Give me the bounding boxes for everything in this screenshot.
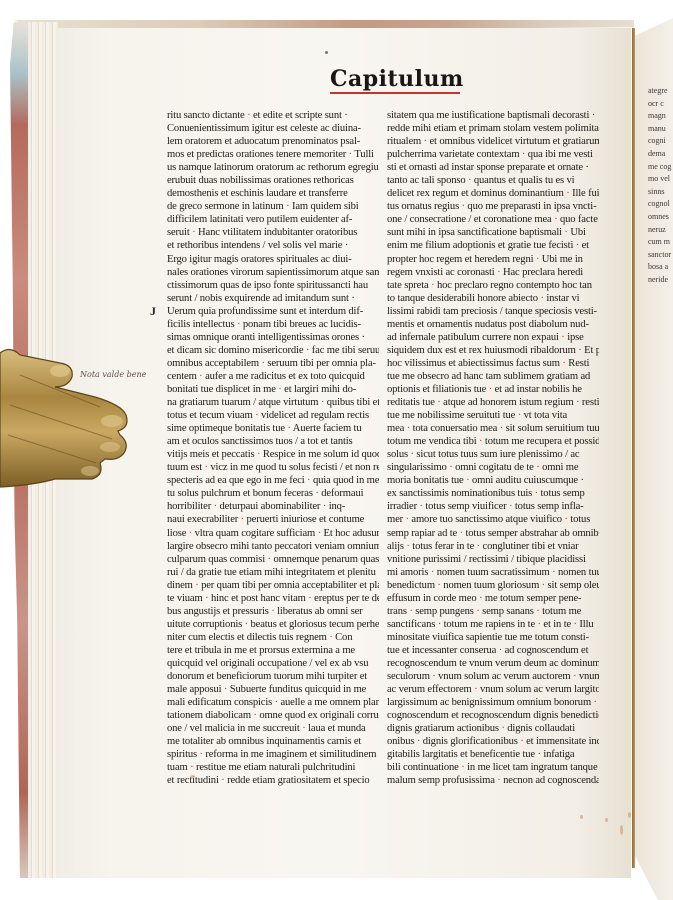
text-line: seculorum · vnum solum ac verum auctorem… xyxy=(387,670,599,683)
text-line: bonitati tue displicet in me · et largir… xyxy=(167,383,379,396)
text-line: totus et tecum viuam · videlicet ad regu… xyxy=(167,409,379,422)
verso-line: cum m xyxy=(648,236,673,249)
text-line: vnitione purissimi / rectissimi / tibiqu… xyxy=(387,553,599,566)
verso-line: dema xyxy=(648,148,673,161)
text-line: ac verum effectorem · vnum solum ac veru… xyxy=(387,683,599,696)
margin-letter: J xyxy=(150,304,156,319)
text-line: us namque latinorum oratorum ac rethorum… xyxy=(167,161,379,174)
text-line: solus · sicut totus tuus sum iure plenis… xyxy=(387,448,599,461)
text-line: sunt mihi in ipsa sanctificatione baptis… xyxy=(387,226,599,239)
text-line: tuum est · vicz in me quod tu solus feci… xyxy=(167,461,379,474)
verso-line: me cog xyxy=(648,161,673,174)
text-line: malum semp profusissima · necnon ad cogn… xyxy=(387,774,599,787)
foxing-stain xyxy=(190,775,195,778)
text-line: delicet rex regum et dominus dominantium… xyxy=(387,187,599,200)
text-line: redde mihi etiam et primam stolam vestem… xyxy=(387,122,599,135)
text-column-left: ritu sancto dictante · et edite et scrip… xyxy=(167,109,379,787)
text-line: Ergo igitur magis oratores spirituales a… xyxy=(167,253,379,266)
text-line: mali edificatum conspicis · auelle a me … xyxy=(167,696,379,709)
text-line: dignis gratiarum actionibus · dignis col… xyxy=(387,722,599,735)
text-line: mi amoris · nomen tuum sacratissimum · n… xyxy=(387,566,599,579)
foxing-stain xyxy=(620,825,623,835)
text-line: ritu sancto dictante · et edite et scrip… xyxy=(167,109,379,122)
text-line: ad infernale patibulum currere non expau… xyxy=(387,331,599,344)
text-column-right: sitatem qua me iustificatione baptismali… xyxy=(387,109,599,787)
text-line: demosthenis et eschinis laudare et trans… xyxy=(167,187,379,200)
handwritten-marginal-note: Nota valde bene xyxy=(80,370,146,379)
verso-line: omnes xyxy=(648,211,673,224)
text-line: et rethoribus intendens / vel solis vel … xyxy=(167,239,379,252)
text-line: tus ornatus regius · quo me preparasti i… xyxy=(387,200,599,213)
text-line: sanctificans · totum me rapiens in te · … xyxy=(387,618,599,631)
text-line: liose · vltra quam cogitare sufficiam · … xyxy=(167,527,379,540)
text-line: Conuenientissimum igitur est celeste ac … xyxy=(167,122,379,135)
text-line: tuam · restitue me etiam naturali pulchr… xyxy=(167,761,379,774)
text-line: rui / da gratie tue etiam mihi integrita… xyxy=(167,566,379,579)
text-line: semp rapiar ad te · totus semper abstrah… xyxy=(387,527,599,540)
verso-line: manu xyxy=(648,123,673,136)
text-line: bili continuatione · in me licet tam ing… xyxy=(387,761,599,774)
text-line: mos et predictas orationes tenere memori… xyxy=(167,148,379,161)
text-line: nales orationes virorum sapientissimorum… xyxy=(167,266,379,279)
text-line: simas omnique oranti intelligentissimas … xyxy=(167,331,379,344)
text-line: recognoscendum te vnum verum deum ac dom… xyxy=(387,657,599,670)
verso-line: ategre xyxy=(648,85,673,98)
text-line: ritualem · et omnibus videlicet virtutum… xyxy=(387,135,599,148)
text-line: Uerum quia profundissime sunt et interdu… xyxy=(167,305,379,318)
text-line: tue me nobilissime seruituti tue · vt to… xyxy=(387,409,599,422)
verso-line: mo vel xyxy=(648,173,673,186)
text-line: tanto ac tali sponso · quantus et qualis… xyxy=(387,174,599,187)
text-line: gitabilis largitatis et beneficentie tue… xyxy=(387,748,599,761)
text-line: culparum quas commisi · omnemque penarum… xyxy=(167,553,379,566)
text-line: male apposui · Subuerte funditus quicqui… xyxy=(167,683,379,696)
text-line: tue me obsecro ad hanc tam sublimem grat… xyxy=(387,370,599,383)
text-line: bus angustijs et pressuris · liberatus a… xyxy=(167,605,379,618)
text-line: centem · aufer a me radicitus et ex toto… xyxy=(167,370,379,383)
verso-line: cognol xyxy=(648,198,673,211)
text-line: me totaliter ab omnibus inquinamentis ca… xyxy=(167,735,379,748)
text-line: et dicam sic domino misericordie · fac m… xyxy=(167,344,379,357)
text-line: de greco sermone in latinum · Iam quidem… xyxy=(167,200,379,213)
verso-line: neruz xyxy=(648,224,673,237)
text-line: to tanque desiderabili honore abiecto · … xyxy=(387,292,599,305)
text-line: ctissimorum quas de ipso fonte spirituss… xyxy=(167,279,379,292)
text-line: mentis et ornamentis nudatus post diabol… xyxy=(387,318,599,331)
text-line: tue et incessanter conserua · ad cognosc… xyxy=(387,644,599,657)
text-line: minositate viuifica sapientie tue me tot… xyxy=(387,631,599,644)
verso-text-fragment: ategreocr cmagnmanucognidemame cogmo vel… xyxy=(648,85,673,705)
text-line: lem oratorem et aduocatum prenominatos p… xyxy=(167,135,379,148)
text-line: reditatis tue · atque ad honorem istum r… xyxy=(387,396,599,409)
text-line: niter cum electis et dilectis tuis regne… xyxy=(167,631,379,644)
text-line: singularissimo · omni cogitatu de te · o… xyxy=(387,461,599,474)
text-line: moria bonitatis tue · omni auditu cuiusc… xyxy=(387,474,599,487)
verso-line: magn xyxy=(648,110,673,123)
text-line: mea · tota conuersatio mea · sit solum s… xyxy=(387,422,599,435)
verso-line: sanctor xyxy=(648,249,673,262)
text-line: erubuit duas nobilissimas orationes reth… xyxy=(167,174,379,187)
text-line: sti et ornasti ad instar sponse preparat… xyxy=(387,161,599,174)
text-line: alijs · totus ferar in te · conglutiner … xyxy=(387,540,599,553)
text-line: largissimum ac benignissimum omnium bono… xyxy=(387,696,599,709)
text-line: optionis et filiationis tue · et ad inst… xyxy=(387,383,599,396)
text-line: sime optimeque bonitatis tue · Auerte fa… xyxy=(167,422,379,435)
text-line: dinem · per quam tibi per omnia acceptab… xyxy=(167,579,379,592)
text-line: trans · semp pungens · semp sanans · tot… xyxy=(387,605,599,618)
text-line: onibus · dignis glorificationibus · et i… xyxy=(387,735,599,748)
verso-line: neride xyxy=(648,274,673,287)
text-line: am et oculos sanctissimos tuos / a tot e… xyxy=(167,435,379,448)
text-line: mer · amore tuo sanctissimo atque viuifi… xyxy=(387,513,599,526)
text-line: quicquid vel originali occupatione / vel… xyxy=(167,657,379,670)
text-line: hoc vilissimus et abiectissimus factus s… xyxy=(387,357,599,370)
verso-line: bosa a xyxy=(648,261,673,274)
text-line: tere et tribula in me et prorsus extermi… xyxy=(167,644,379,657)
text-line: te viuam · hinc et post hanc vitam · ere… xyxy=(167,592,379,605)
verso-line: ocr c xyxy=(648,98,673,111)
heading-rubric-underline xyxy=(330,92,460,94)
text-line: et rectitudini · redde etiam gratiositat… xyxy=(167,774,379,787)
text-line: one / consecratione / et coronatione mea… xyxy=(387,213,599,226)
text-line: lissimi rabidi tam preciosis / tanque sp… xyxy=(387,305,599,318)
book-gutter xyxy=(632,28,635,868)
text-line: tationem diabolicam · omne quod ex origi… xyxy=(167,709,379,722)
page-heading: Capitulum xyxy=(330,66,464,92)
text-line: propter hoc regem et heredem regni · Ubi… xyxy=(387,253,599,266)
text-line: cognoscendum et recognoscendum dignis be… xyxy=(387,709,599,722)
text-line: enim me filium adoptionis et gratie tue … xyxy=(387,239,599,252)
text-line: one / vel malicia in me succreuit · laua… xyxy=(167,722,379,735)
text-line: spiritus · reforma in me imaginem et sim… xyxy=(167,748,379,761)
text-line: omnibus acceptabilem · seruum tibi per o… xyxy=(167,357,379,370)
foxing-stain xyxy=(605,818,608,822)
ink-speck xyxy=(325,51,328,54)
text-line: totum me vendica tibi · totum me recuper… xyxy=(387,435,599,448)
text-line: uitute corruptionis · beatus et gloriosu… xyxy=(167,618,379,631)
text-line: sitatem qua me iustificatione baptismali… xyxy=(387,109,599,122)
text-line: horribiliter · deturpaui abominabiliter … xyxy=(167,500,379,513)
text-line: benedictum · nomen tuum gloriosum · sit … xyxy=(387,579,599,592)
text-line: siquidem dux est et rex huiusmodi ribald… xyxy=(387,344,599,357)
text-line: pulcherrima varietate contextam · qua ib… xyxy=(387,148,599,161)
text-line: ex sanctissimis nominationibus tuis · to… xyxy=(387,487,599,500)
verso-line: sinns xyxy=(648,186,673,199)
text-line: serunt / nobis exquirende ad imitandum s… xyxy=(167,292,379,305)
text-line: tate spreta · hoc preclaro regno contemp… xyxy=(387,279,599,292)
gilt-hand-page-holder-icon xyxy=(0,335,140,495)
text-line: regem vnxisti ac coronasti · Hac preclar… xyxy=(387,266,599,279)
foxing-stain xyxy=(580,815,583,819)
open-book: ategreocr cmagnmanucognidemame cogmo vel… xyxy=(0,0,673,900)
text-line: vitijs meis et peccatis · Respice in me … xyxy=(167,448,379,461)
text-line: largire obsecro mihi tanto peccatori ven… xyxy=(167,540,379,553)
text-line: seruit · Hanc vtilitatem indubitanter or… xyxy=(167,226,379,239)
text-line: naui execrabiliter · peruerti iniuriose … xyxy=(167,513,379,526)
text-line: difficilem latinitati vero putilem euide… xyxy=(167,213,379,226)
text-line: tu solus pulchrum et bonum feceras · def… xyxy=(167,487,379,500)
text-line: donorum et beneficiorum tuorum mihi turp… xyxy=(167,670,379,683)
text-line: ficilis intellectus · ponam tibi breues … xyxy=(167,318,379,331)
text-line: specteris ad ea que ego in me feci · qui… xyxy=(167,474,379,487)
text-line: effusum in corde meo · me totum semper p… xyxy=(387,592,599,605)
verso-line: cogni xyxy=(648,135,673,148)
text-line: na gratiarum tuarum / atque virtutum · q… xyxy=(167,396,379,409)
foxing-stain xyxy=(628,812,631,818)
text-line: irradier · totus semp viuificer · totus … xyxy=(387,500,599,513)
